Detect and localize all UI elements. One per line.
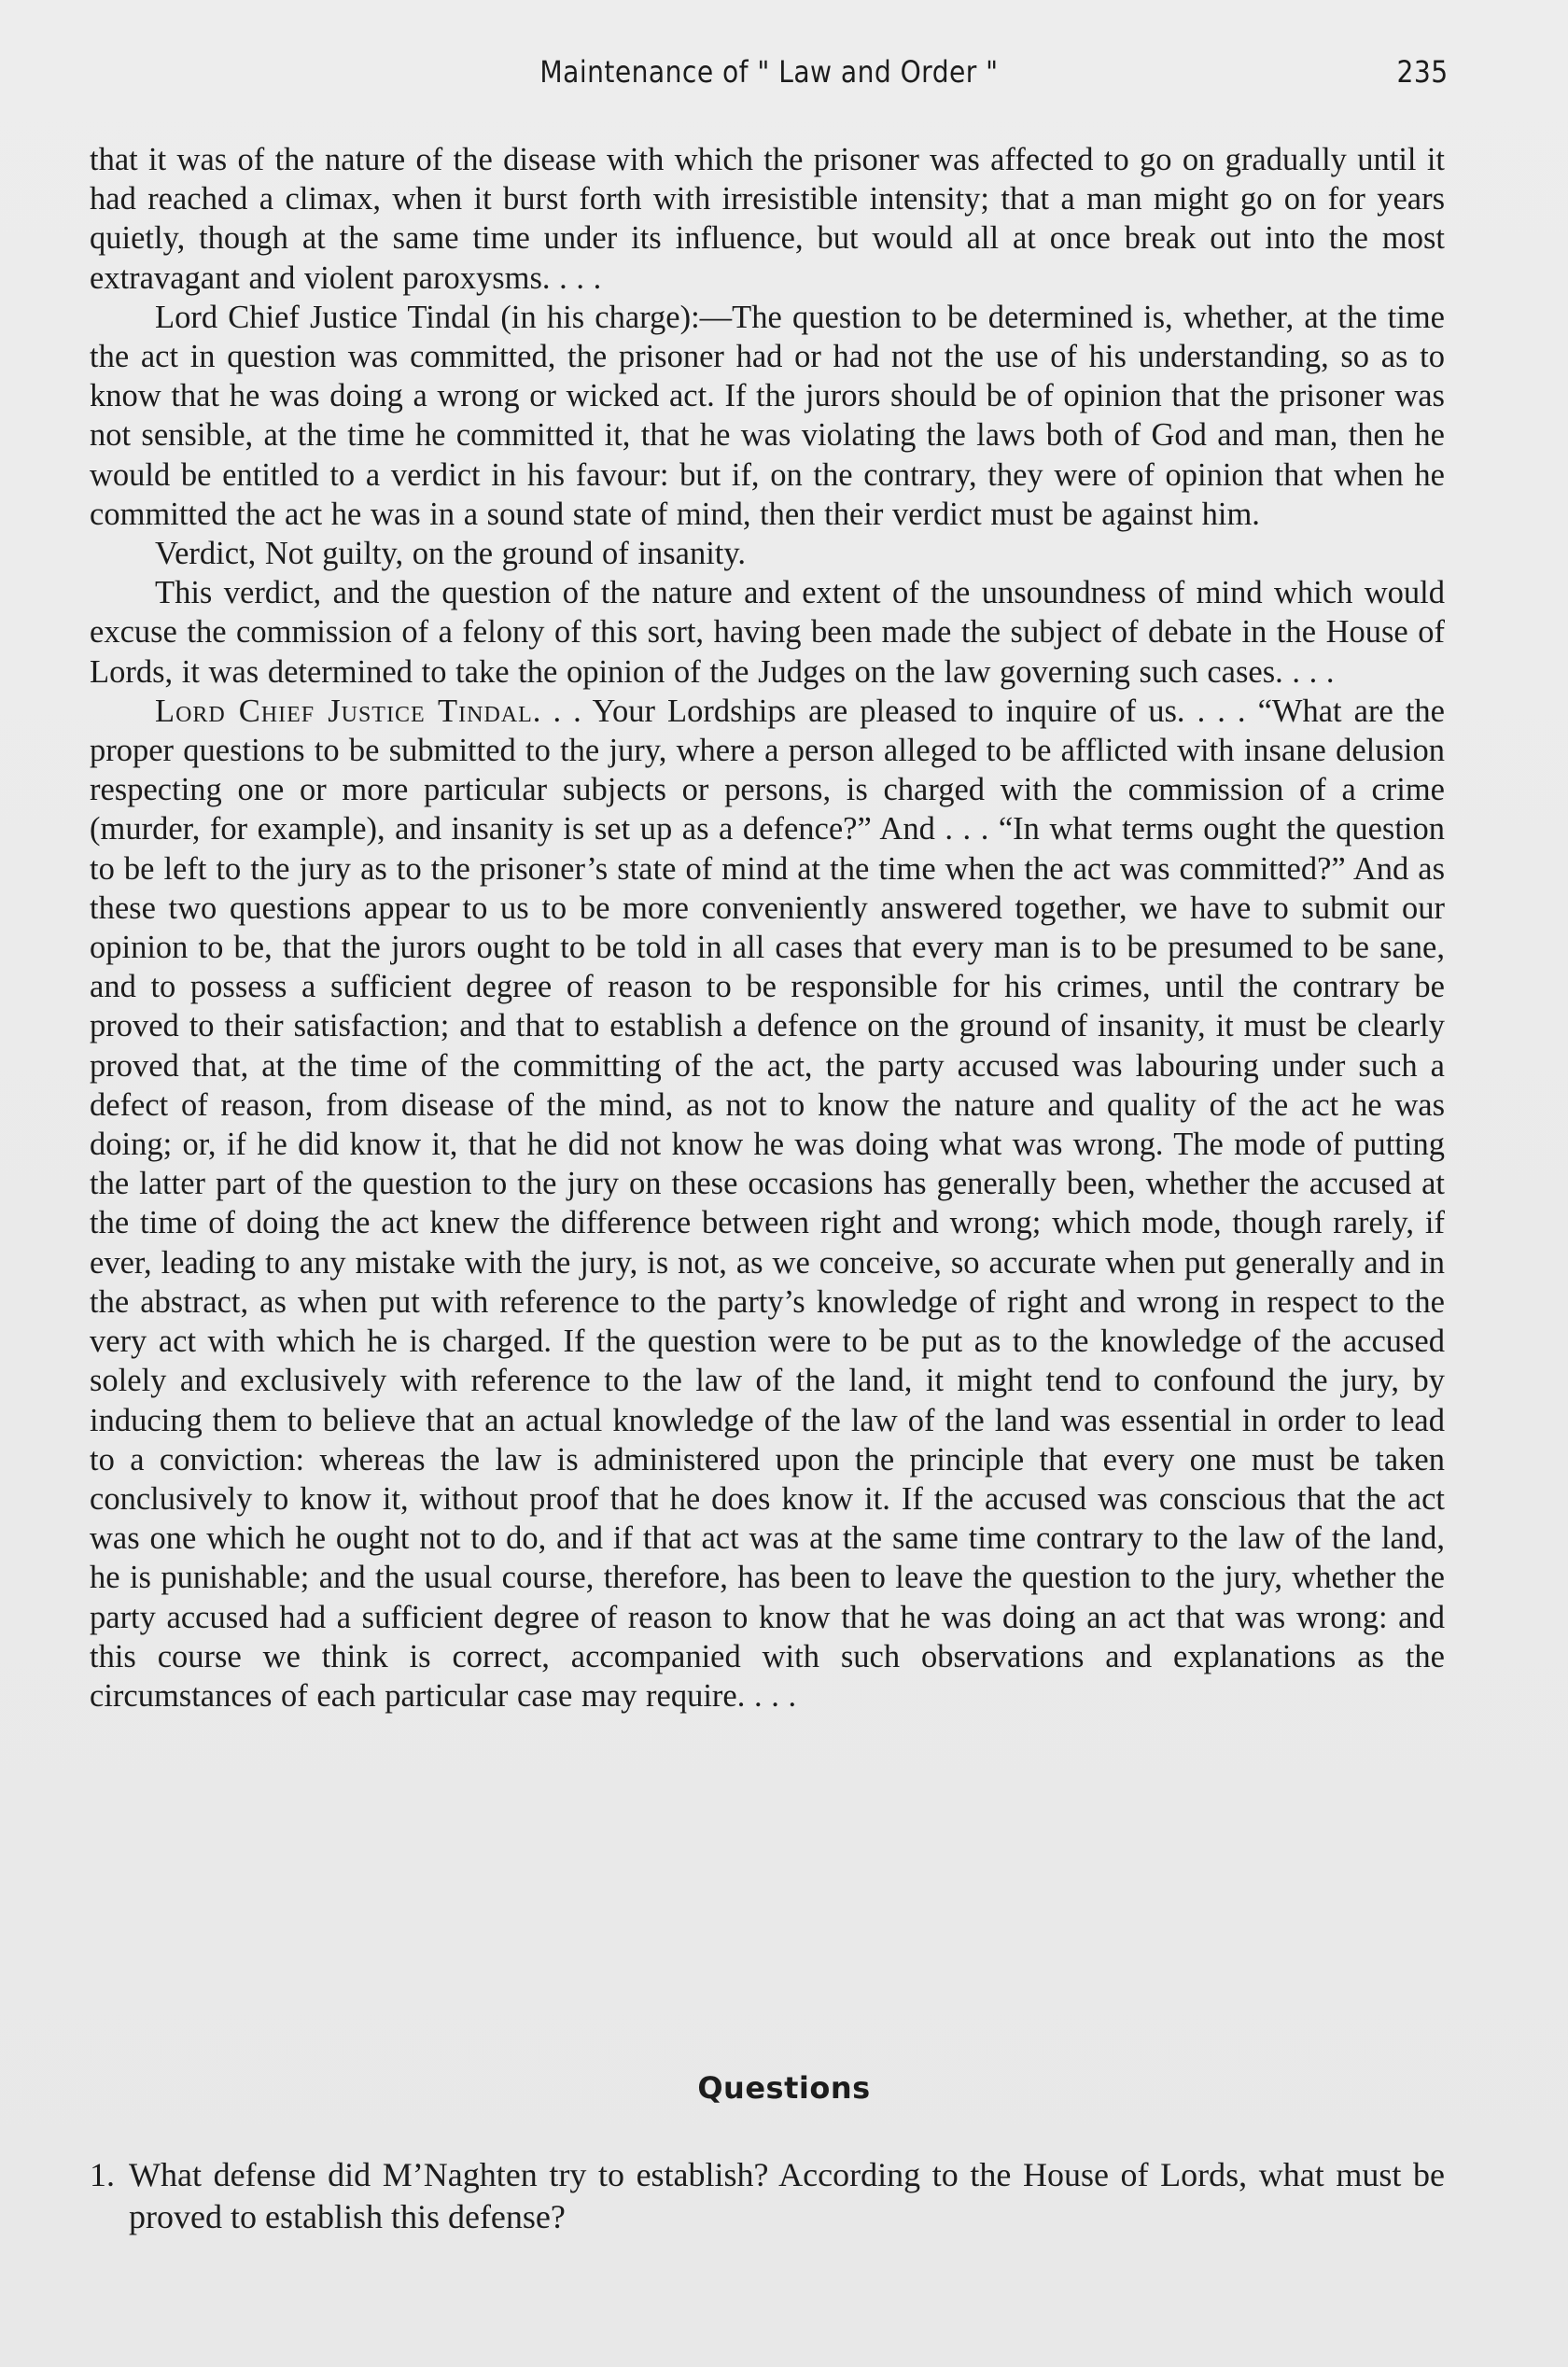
judges-opinion-text: . . . Your Lordships are pleased to inqu… xyxy=(90,693,1445,1714)
speaker-name: Lord Chief Justice Tindal xyxy=(155,693,533,729)
page-number: 235 xyxy=(1397,54,1449,90)
paragraph-continuation: that it was of the nature of the disease… xyxy=(90,140,1445,298)
paragraph-tindal-charge: Lord Chief Justice Tindal (in his charge… xyxy=(90,298,1445,534)
running-header: Maintenance of " Law and Order " 235 xyxy=(90,54,1449,101)
paragraph-judges-opinion: Lord Chief Justice Tindal. . . Your Lord… xyxy=(90,692,1445,1716)
question-text: What defense did M’Naghten try to establ… xyxy=(129,2154,1445,2238)
body-text: that it was of the nature of the disease… xyxy=(90,140,1445,1716)
book-page: Maintenance of " Law and Order " 235 tha… xyxy=(0,0,1568,2367)
paragraph-verdict: Verdict, Not guilty, on the ground of in… xyxy=(90,534,1445,573)
questions-heading: Questions xyxy=(0,2070,1568,2106)
running-title: Maintenance of " Law and Order " xyxy=(171,54,1366,90)
questions-list: 1. What defense did M’Naghten try to est… xyxy=(90,2154,1445,2238)
paragraph-house-of-lords: This verdict, and the question of the na… xyxy=(90,573,1445,692)
question-number: 1. xyxy=(90,2154,129,2238)
question-item: 1. What defense did M’Naghten try to est… xyxy=(90,2154,1445,2238)
